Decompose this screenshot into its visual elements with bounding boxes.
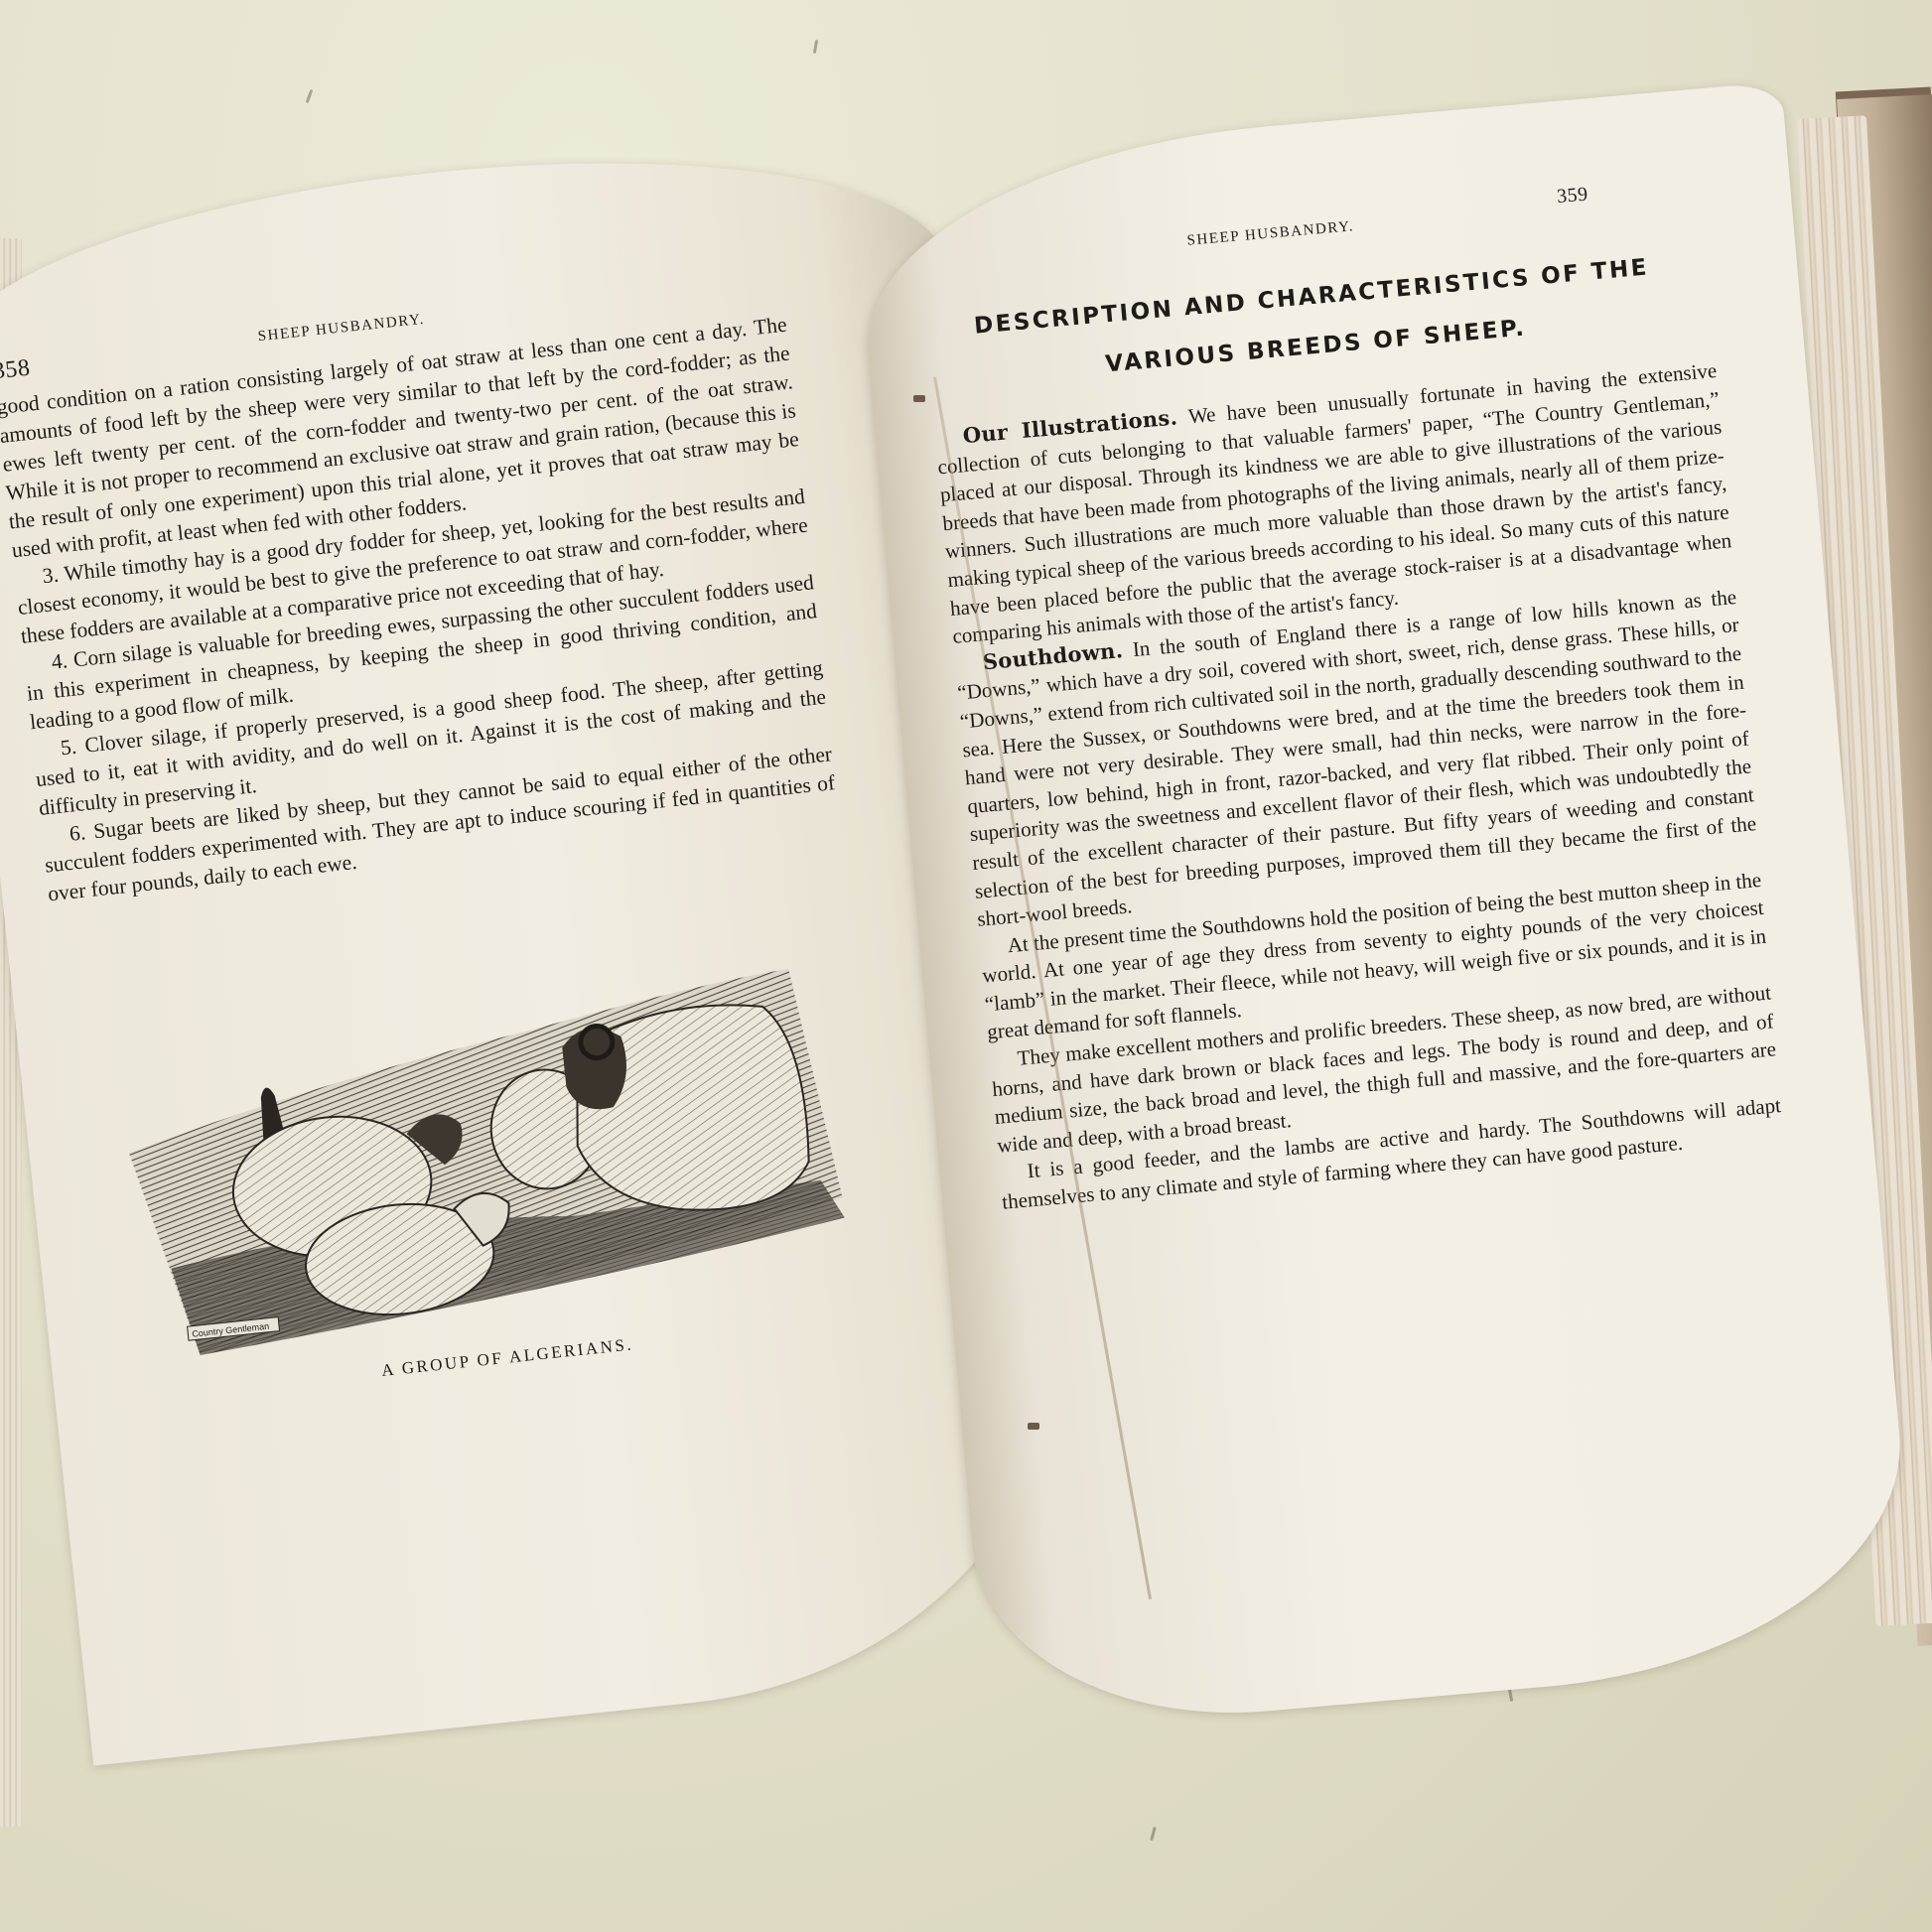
left-page-body: good condition on a ration consisting la… (0, 311, 839, 909)
binding-stitch (1028, 1423, 1039, 1430)
running-head: SHEEP HUSBANDRY. (257, 312, 426, 346)
binding-stitch (913, 395, 925, 402)
page-number: 358 (0, 355, 32, 386)
table-speck (306, 89, 314, 103)
right-page: SHEEP HUSBANDRY. 359 DESCRIPTION AND CHA… (851, 81, 1918, 1735)
table-speck (1150, 1827, 1157, 1841)
sheep-engraving-illustration: Country Gentleman (106, 959, 871, 1362)
table-speck (813, 40, 818, 54)
page-number: 359 (1556, 183, 1588, 208)
illustration-caption: A GROUP OF ALGERIANS. (380, 1334, 634, 1381)
running-head: SHEEP HUSBANDRY. (1186, 218, 1355, 250)
